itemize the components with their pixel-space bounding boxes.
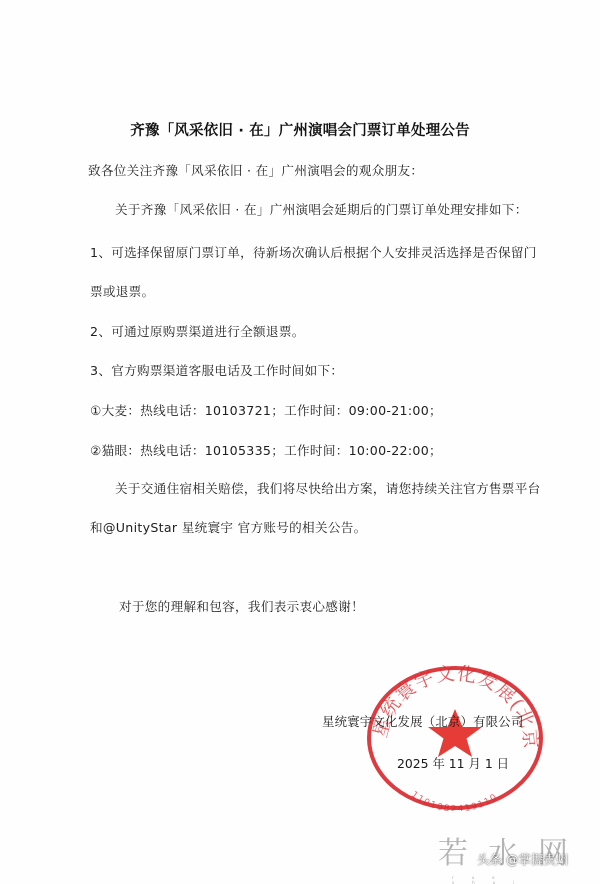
hotline-maoyan: ②猫眼：热线电话：10105335；工作时间：10:00-22:00； (90, 440, 442, 459)
item-3: 3、官方购票渠道客服电话及工作时间如下： (90, 360, 343, 379)
thanks-line: 对于您的理解和包容，我们表示衷心感谢！ (119, 596, 364, 615)
seal-number: 1101082419110 (409, 790, 500, 811)
item-1-line-1: 1、可选择保留原门票订单，待新场次确认后根据个人安排灵活选择是否保留门 (90, 242, 537, 261)
signature-date: 2025 年 11 月 1 日 (397, 754, 509, 772)
intro-paragraph: 关于齐豫「风采依旧 · 在」广州演唱会延期后的门票订单处理安排如下： (115, 199, 528, 218)
notice-page: 齐豫「风采依旧 · 在」广州演唱会门票订单处理公告 致各位关注齐豫「风采依旧 ·… (0, 0, 600, 884)
notice-title: 齐豫「风采依旧 · 在」广州演唱会门票订单处理公告 (0, 119, 600, 140)
item-2: 2、可通过原购票渠道进行全额退票。 (90, 321, 305, 340)
compensation-line-2: 和@UnityStar 星统寰宇 官方账号的相关公告。 (90, 517, 367, 536)
svg-text:1101082419110: 1101082419110 (409, 790, 500, 811)
site-watermark-sub: ruo shui wang (452, 875, 600, 884)
company-seal-icon: 星统寰宇文化发展(北京)有限公司 1101082419110 (366, 665, 544, 811)
item-1-line-2: 票或退票。 (90, 281, 154, 300)
greeting: 致各位关注齐豫「风采依旧 · 在」广州演唱会的观众朋友： (88, 160, 423, 179)
compensation-line-1: 关于交通住宿相关赔偿，我们将尽快给出方案，请您持续关注官方售票平台 (115, 478, 541, 497)
signer-company: 星统寰宇文化发展（北京）有限公司 (322, 712, 523, 730)
hotline-damai: ①大麦：热线电话：10103721；工作时间：09:00-21:00； (90, 400, 442, 419)
source-watermark: 头条 @掌握贵州 (477, 850, 568, 868)
